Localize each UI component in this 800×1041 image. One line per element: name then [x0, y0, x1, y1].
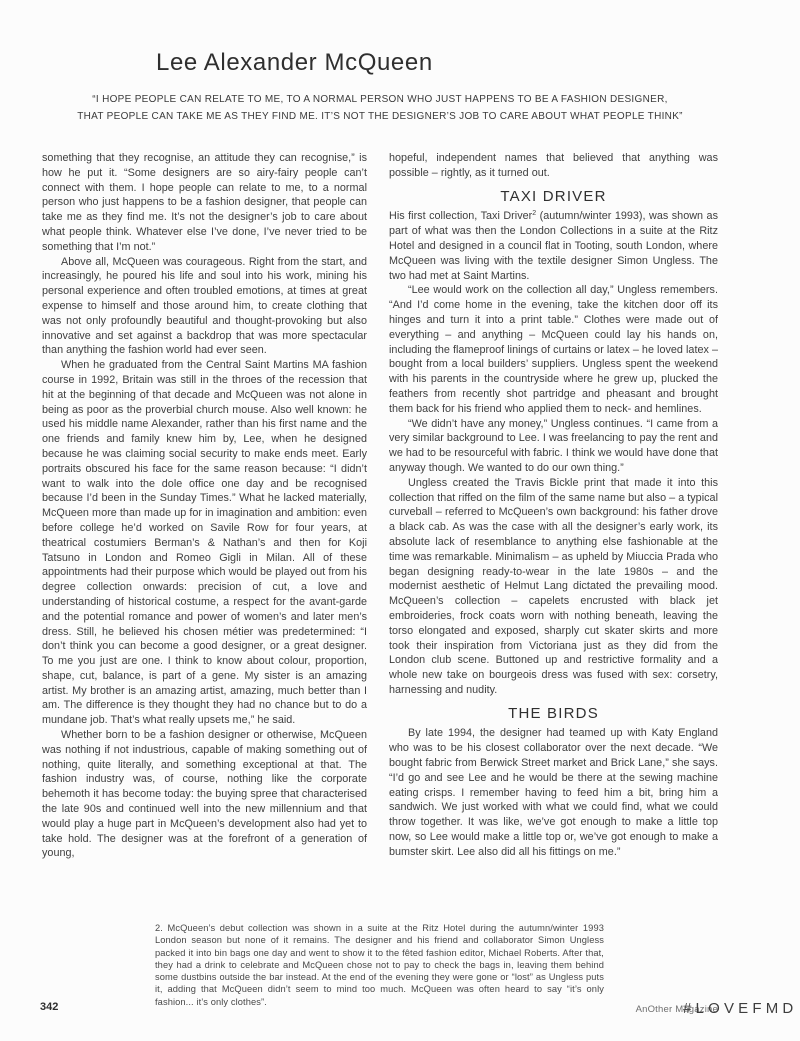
watermark-lovefmd: #LOVEFMD: [683, 1000, 797, 1017]
section-heading-the-birds: THE BIRDS: [389, 707, 718, 722]
paragraph-text: His first collection, Taxi Driver: [389, 210, 532, 222]
magazine-page: Lee Alexander McQueen “I HOPE PEOPLE CAN…: [0, 0, 800, 1041]
paragraph: “Lee would work on the collection all da…: [389, 283, 718, 416]
pull-quote: “I HOPE PEOPLE CAN RELATE TO ME, TO A NO…: [40, 91, 720, 125]
body-columns: something that they recognise, an attitu…: [42, 151, 718, 921]
section-heading-taxi-driver: TAXI DRIVER: [389, 190, 718, 205]
paragraph: His first collection, Taxi Driver2 (autu…: [389, 209, 718, 283]
paragraph: hopeful, independent names that believed…: [389, 151, 718, 181]
page-number: 342: [40, 1001, 58, 1013]
paragraph: Whether born to be a fashion designer or…: [42, 728, 367, 861]
footnote: 2. McQueen’s debut collection was shown …: [155, 922, 604, 1008]
paragraph: something that they recognise, an attitu…: [42, 151, 367, 255]
paragraph: Ungless created the Travis Bickle print …: [389, 476, 718, 698]
paragraph: “We didn’t have any money,” Ungless cont…: [389, 417, 718, 476]
paragraph: By late 1994, the designer had teamed up…: [389, 726, 718, 859]
pull-quote-line-2: THAT PEOPLE CAN TAKE ME AS THEY FIND ME.…: [40, 108, 720, 125]
pull-quote-line-1: “I HOPE PEOPLE CAN RELATE TO ME, TO A NO…: [40, 91, 720, 108]
paragraph: When he graduated from the Central Saint…: [42, 358, 367, 728]
paragraph: Above all, McQueen was courageous. Right…: [42, 255, 367, 359]
body-column-right: hopeful, independent names that believed…: [389, 151, 718, 921]
body-column-left: something that they recognise, an attitu…: [42, 151, 367, 921]
page-title: Lee Alexander McQueen: [156, 49, 433, 77]
